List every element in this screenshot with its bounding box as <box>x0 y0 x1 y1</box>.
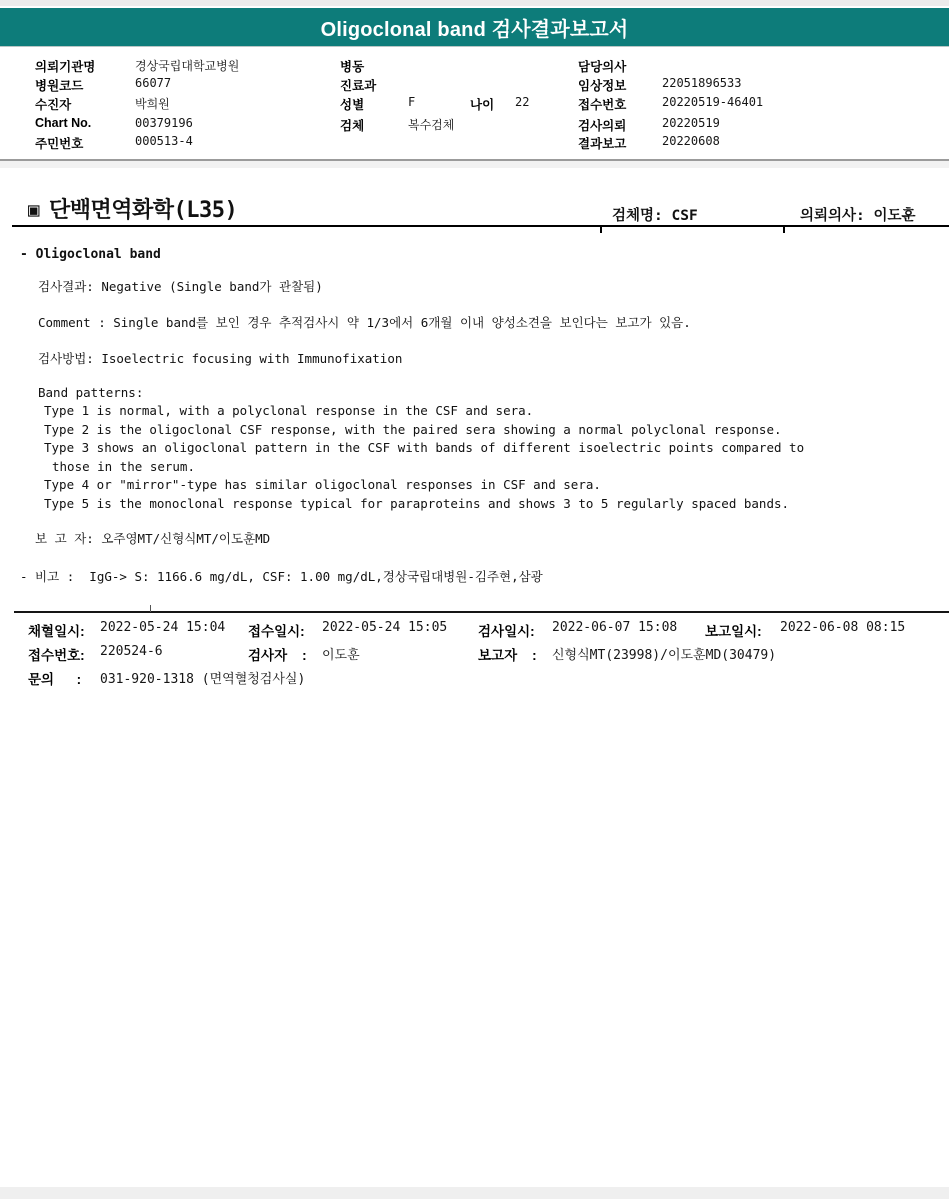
reporter-line: 보 고 자: 오주영MT/신형식MT/이도훈MD <box>35 529 270 547</box>
footer-value: 2022-06-07 15:08 <box>552 620 677 635</box>
footer-value: 2022-05-24 15:04 <box>100 620 225 635</box>
footer-value: 031-920-1318 (면역혈청검사실) <box>100 668 305 687</box>
note-line: - 비고 : IgG-> S: 1166.6 mg/dL, CSF: 1.00 … <box>20 567 543 585</box>
method-line: 검사방법: Isoelectric focusing with Immunofi… <box>38 349 402 367</box>
field-label: 수진자 <box>35 95 71 113</box>
footer-label: 접수번호: <box>28 644 85 664</box>
footer-label: 검사자 : <box>248 644 307 664</box>
field-label: 병동 <box>340 57 364 75</box>
footer-label: 문의 : <box>28 668 81 688</box>
field-value: 66077 <box>135 76 171 90</box>
band-pattern-line: Type 2 is the oligoclonal CSF response, … <box>44 422 782 437</box>
report-title-bar: Oligoclonal band 검사결과보고서 <box>0 8 949 47</box>
footer-label: 보고자 : <box>478 644 537 664</box>
ordering-doctor-field: 의뢰의사: 이도훈 <box>800 204 916 225</box>
field-label: 의뢰기관명 <box>35 57 95 75</box>
footer-value: 신형식MT(23998)/이도훈MD(30479) <box>552 644 776 663</box>
field-value: 경상국립대학교병원 <box>135 57 239 74</box>
field-label: 결과보고 <box>578 134 626 152</box>
band-patterns-title: Band patterns: <box>38 385 143 400</box>
table-border-tick <box>600 227 602 233</box>
field-value: 22 <box>515 95 529 109</box>
field-label: 병원코드 <box>35 76 83 94</box>
field-value: 20220519 <box>662 116 720 130</box>
footer-label: 보고일시: <box>705 620 762 640</box>
footer-value: 220524-6 <box>100 644 163 659</box>
field-label: 검사의뢰 <box>578 116 626 134</box>
band-pattern-line: those in the serum. <box>52 459 195 474</box>
field-label: 성별 <box>340 95 364 113</box>
test-result-line: 검사결과: Negative (Single band가 관찰됨) <box>38 277 323 295</box>
table-border-tick <box>150 605 151 612</box>
divider-strip <box>0 161 949 168</box>
field-label: 주민번호 <box>35 134 83 152</box>
field-value: 박희원 <box>135 95 170 112</box>
footer-label: 검사일시: <box>478 620 535 640</box>
bottom-strip <box>0 1187 949 1199</box>
report-page: Oligoclonal band 검사결과보고서 의뢰기관명 경상국립대학교병원… <box>0 0 949 1199</box>
table-border-tick <box>783 227 785 233</box>
specimen-value: CSF <box>672 208 698 224</box>
ordering-doctor-value: 이도훈 <box>874 208 916 224</box>
band-pattern-line: Type 5 is the monoclonal response typica… <box>44 496 789 511</box>
footer-value: 이도훈 <box>322 644 360 663</box>
specimen-label: 검체명: <box>612 208 663 224</box>
field-label: 검체 <box>340 116 364 134</box>
field-label: Chart No. <box>35 116 91 130</box>
band-pattern-line: Type 4 or "mirror"-type has similar olig… <box>44 477 601 492</box>
field-value: 22051896533 <box>662 76 741 90</box>
top-strip <box>0 0 949 7</box>
comment-line: Comment : Single band를 보인 경우 추적검사시 약 1/3… <box>38 313 691 331</box>
specimen-field: 검체명: CSF <box>612 204 698 225</box>
section-title: 단백면역화학(L35) <box>49 198 237 223</box>
footer-label: 접수일시: <box>248 620 305 640</box>
field-value: 20220519-46401 <box>662 95 763 109</box>
footer-divider-line <box>14 611 949 613</box>
field-label: 접수번호 <box>578 95 626 113</box>
ordering-doctor-label: 의뢰의사: <box>800 208 865 224</box>
field-value: 20220608 <box>662 134 720 148</box>
footer-label: 채혈일시: <box>28 620 85 640</box>
info-row: 주민번호 000513-4 결과보고 20220608 <box>0 134 949 152</box>
section-marker-icon: ▣ <box>28 199 39 221</box>
field-value: F <box>408 95 415 109</box>
info-row: 병원코드 66077 진료과 임상정보 22051896533 <box>0 76 949 94</box>
info-row: 의뢰기관명 경상국립대학교병원 병동 담당의사 <box>0 57 949 75</box>
footer-value: 2022-06-08 08:15 <box>780 620 905 635</box>
info-row: Chart No. 00379196 검체 복수검체 검사의뢰 20220519 <box>0 116 949 134</box>
field-label: 진료과 <box>340 76 376 94</box>
field-label: 나이 <box>470 95 494 113</box>
section-heading: ▣단백면역화학(L35) <box>28 193 237 224</box>
footer-value: 2022-05-24 15:05 <box>322 620 447 635</box>
field-value: 000513-4 <box>135 134 193 148</box>
info-row: 수진자 박희원 성별 F 나이 22 접수번호 20220519-46401 <box>0 95 949 113</box>
band-pattern-line: Type 3 shows an oligoclonal pattern in t… <box>44 440 804 455</box>
section-underline <box>12 225 949 227</box>
report-title: Oligoclonal band 검사결과보고서 <box>321 13 629 42</box>
field-value: 00379196 <box>135 116 193 130</box>
field-value: 복수검체 <box>408 116 454 133</box>
band-pattern-line: Type 1 is normal, with a polyclonal resp… <box>44 403 533 418</box>
test-name: - Oligoclonal band <box>20 247 161 262</box>
field-label: 임상정보 <box>578 76 626 94</box>
field-label: 담당의사 <box>578 57 626 75</box>
